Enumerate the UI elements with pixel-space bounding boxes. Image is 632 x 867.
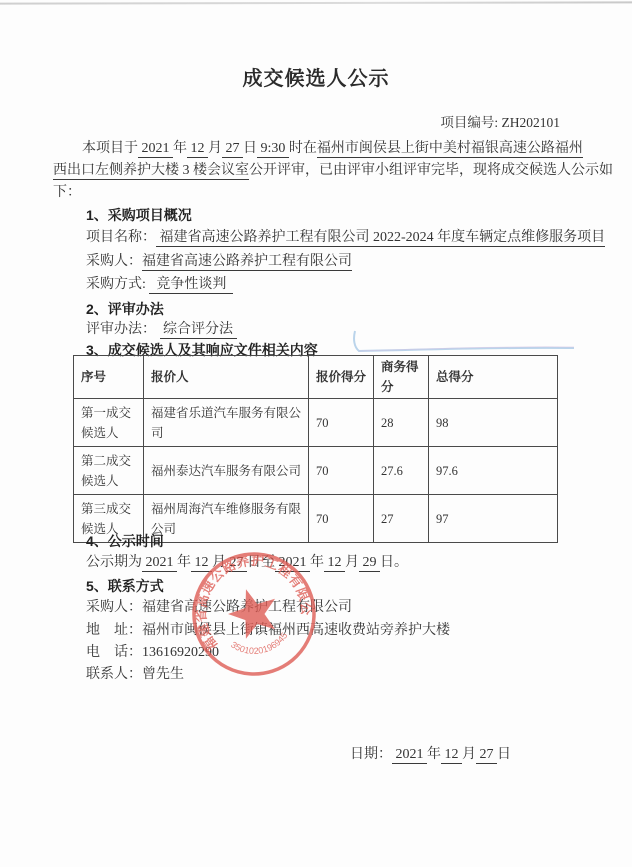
section-1-heading: 1、采购项目概况 (86, 205, 192, 225)
intro-line-2: 西出口左侧养护大楼 3 楼会议室公开评审，已由评审小组评审完毕，现将成交候选人公… (53, 161, 613, 181)
col-header-business-score: 商务得分 (374, 356, 429, 399)
purchaser-line: 采购人：福建省高速公路养护工程有限公司 (86, 252, 352, 272)
text-segment: 年 (310, 555, 324, 570)
text-segment: 月 (345, 555, 359, 570)
cell-total-score: 97.6 (429, 447, 558, 495)
text-segment: 2021 (275, 555, 310, 572)
method-line: 采购方式: 竞争性谈判 (86, 275, 233, 295)
cell-bidder: 福州泰达汽车服务有限公司 (144, 447, 309, 495)
cell-bidder: 福州周海汽车维修服务有限公司 (144, 495, 309, 543)
text-segment: 月 (208, 141, 222, 156)
text-segment: 年 (173, 141, 187, 156)
text-segment: 2021 (138, 141, 173, 158)
contact-person: 联系人：曾先生 (86, 665, 184, 685)
text-segment: 日 (243, 141, 257, 156)
cell-rank: 第一成交候选人 (74, 399, 144, 447)
cell-price-score: 70 (309, 495, 374, 543)
text-segment: 27 (226, 555, 247, 572)
text-segment: 日。 (380, 555, 408, 570)
contact-address: 地 址：福州市闽侯县上街镇福州西高速收费站旁养护大楼 (86, 621, 450, 641)
scan-edge-artifact (0, 1, 632, 4)
text-segment: 福建省高速公路养护工程有限公司 2022-2024 年度车辆定点维修服务项目 (156, 230, 605, 247)
text-segment: 日期： (350, 747, 392, 762)
document-title: 成交候选人公示 (0, 62, 632, 91)
table-row: 第一成交候选人 福建省乐道汽车服务有限公司 70 28 98 (74, 399, 558, 447)
cell-total-score: 97 (429, 495, 558, 543)
text-segment: 福州市闽侯县上街中美村福银高速公路福州 (317, 141, 583, 158)
review-method-line: 评审办法： 综合评分法 (86, 320, 237, 340)
text-segment: 本项目于 (82, 141, 138, 156)
text-segment: 采购人： (86, 254, 142, 269)
table-header-row: 序号 报价人 报价得分 商务得分 总得分 (74, 356, 558, 399)
col-header-rank: 序号 (74, 356, 144, 399)
cell-bidder: 福建省乐道汽车服务有限公司 (144, 399, 309, 447)
text-segment: 12 (191, 555, 212, 572)
section-5-heading: 5、联系方式 (86, 576, 164, 596)
project-name-line: 项目名称： 福建省高速公路养护工程有限公司 2022-2024 年度车辆定点维修… (86, 228, 605, 248)
contact-purchaser: 采购人：福建省高速公路养护工程有限公司 (86, 598, 352, 618)
cell-business-score: 27 (374, 495, 429, 543)
text-segment: 12 (187, 141, 208, 158)
col-header-total-score: 总得分 (429, 356, 558, 399)
text-segment: 西出口左侧养护大楼 3 楼会议室 (53, 163, 249, 180)
scanned-document-page: 成交候选人公示 项目编号: ZH202101 本项目于 2021 年 12 月 … (0, 0, 632, 867)
text-segment: 月 (462, 747, 476, 762)
text-segment: 27 (476, 747, 497, 764)
date-line: 日期： 2021 年 12 月 27 日 (350, 745, 511, 765)
text-segment: 2021 (142, 555, 177, 572)
text-segment: 时在 (289, 141, 317, 156)
text-segment: 竞争性谈判 (149, 277, 233, 294)
section-2-heading: 2、评审办法 (86, 299, 164, 319)
text-segment: 综合评分法 (160, 322, 237, 339)
text-segment: 评审办法： (86, 322, 160, 337)
scan-artifact-blue-line (346, 328, 582, 358)
text-segment: 27 (222, 141, 243, 158)
text-segment: 日 (497, 747, 511, 762)
text-segment: 公开评审，已由评审小组评审完毕，现将成交候选人公示如 (249, 163, 613, 178)
cell-price-score: 70 (309, 447, 374, 495)
text-segment: 福建省高速公路养护工程有限公司 (142, 254, 352, 271)
publicity-period-line: 公示期为 2021 年 12 月 27 日至 2021 年 12 月 29 日。 (86, 553, 408, 573)
cell-total-score: 98 (429, 399, 558, 447)
text-segment: 日至 (247, 555, 275, 570)
text-segment: 采购方式: (86, 277, 149, 292)
table-row: 第二成交候选人 福州泰达汽车服务有限公司 70 27.6 97.6 (74, 447, 558, 495)
intro-line-3: 下： (53, 183, 81, 203)
text-segment: 下： (53, 185, 81, 200)
cell-price-score: 70 (309, 399, 374, 447)
project-number: 项目编号: ZH202101 (440, 113, 560, 133)
col-header-price-score: 报价得分 (309, 356, 374, 399)
section-4-heading: 4、公示时间 (86, 531, 164, 551)
text-segment: 公示期为 (86, 555, 142, 570)
text-segment: 12 (441, 747, 462, 764)
text-segment: 年 (427, 747, 441, 762)
col-header-bidder: 报价人 (144, 356, 309, 399)
cell-business-score: 27.6 (374, 447, 429, 495)
text-segment: 项目名称： (86, 230, 156, 245)
text-segment: 12 (324, 555, 345, 572)
cell-business-score: 28 (374, 399, 429, 447)
cell-rank: 第二成交候选人 (74, 447, 144, 495)
text-segment: 29 (359, 555, 380, 572)
text-segment: 年 (177, 555, 191, 570)
text-segment: 月 (212, 555, 226, 570)
text-segment: 2021 (392, 747, 427, 764)
candidates-table: 序号 报价人 报价得分 商务得分 总得分 第一成交候选人 福建省乐道汽车服务有限… (73, 355, 558, 543)
text-segment: 9:30 (257, 141, 289, 158)
intro-line-1: 本项目于 2021 年 12 月 27 日 9:30 时在福州市闽侯县上街中美村… (82, 139, 583, 159)
contact-phone: 电 话：13616920290 (86, 643, 219, 663)
